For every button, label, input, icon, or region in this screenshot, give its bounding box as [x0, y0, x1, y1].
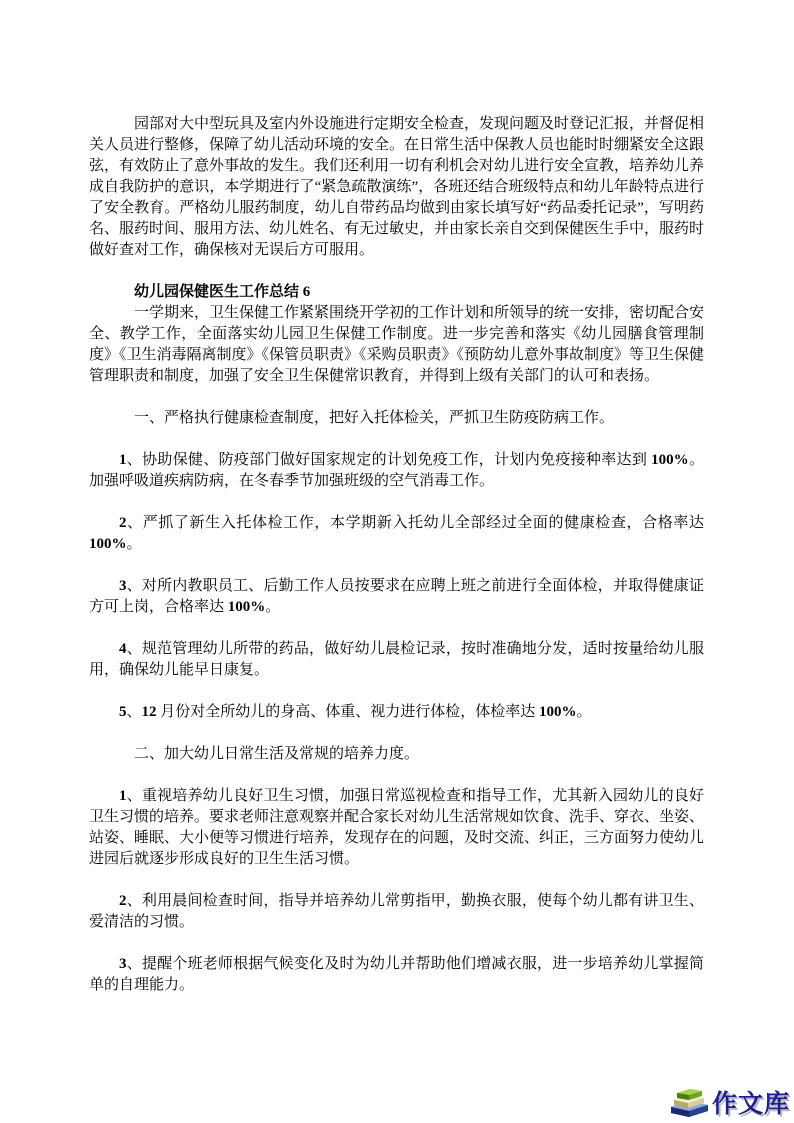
paragraph: 一学期来，卫生保健工作紧紧围绕开学初的工作计划和所领导的统一安排，密切配合安全、…	[89, 303, 704, 387]
paragraph: 3、对所内教职员工、后勤工作人员按要求在应聘上班之前进行全面体检，并取得健康证方…	[89, 576, 704, 618]
paragraph: 园部对大中型玩具及室内外设施进行定期安全检查，发现问题及时登记汇报，并督促相关人…	[89, 114, 704, 261]
document-content: 园部对大中型玩具及室内外设施进行定期安全检查，发现问题及时登记汇报，并督促相关人…	[89, 114, 704, 1017]
paragraph: 二、加大幼儿日常生活及常规的培养力度。	[89, 744, 704, 765]
watermark-brand-text: 作文库	[712, 1091, 790, 1118]
paragraph: 3、提醒个班老师根据气候变化及时为幼儿并帮助他们增减衣服，进一步培养幼儿掌握简单…	[89, 954, 704, 996]
paragraph: 5、12 月份对全所幼儿的身高、体重、视力进行体检，体检率达 100%。	[89, 702, 704, 723]
paragraph: 1、协助保健、防疫部门做好国家规定的计划免疫工作，计划内免疫接种率达到 100%…	[89, 450, 704, 492]
paragraph: 一、严格执行健康检查制度，把好入托体检关，严抓卫生防疫防病工作。	[89, 408, 704, 429]
watermark: 作文库	[669, 1085, 790, 1118]
document-page: 园部对大中型玩具及室内外设施进行定期安全检查，发现问题及时登记汇报，并督促相关人…	[0, 0, 794, 1123]
section-heading: 幼儿园保健医生工作总结 6	[89, 282, 704, 303]
paragraph: 2、严抓了新生入托体检工作，本学期新入托幼儿全部经过全面的健康检查，合格率达 1…	[89, 513, 704, 555]
books-stack-icon	[669, 1085, 710, 1118]
paragraph: 4、规范管理幼儿所带的药品，做好幼儿晨检记录，按时准确地分发，适时按量给幼儿服用…	[89, 639, 704, 681]
paragraph: 2、利用晨间检查时间，指导并培养幼儿常剪指甲，勤换衣服，使每个幼儿都有讲卫生、爱…	[89, 891, 704, 933]
paragraph: 1、重视培养幼儿良好卫生习惯，加强日常巡视检查和指导工作，尤其新入园幼儿的良好卫…	[89, 786, 704, 870]
